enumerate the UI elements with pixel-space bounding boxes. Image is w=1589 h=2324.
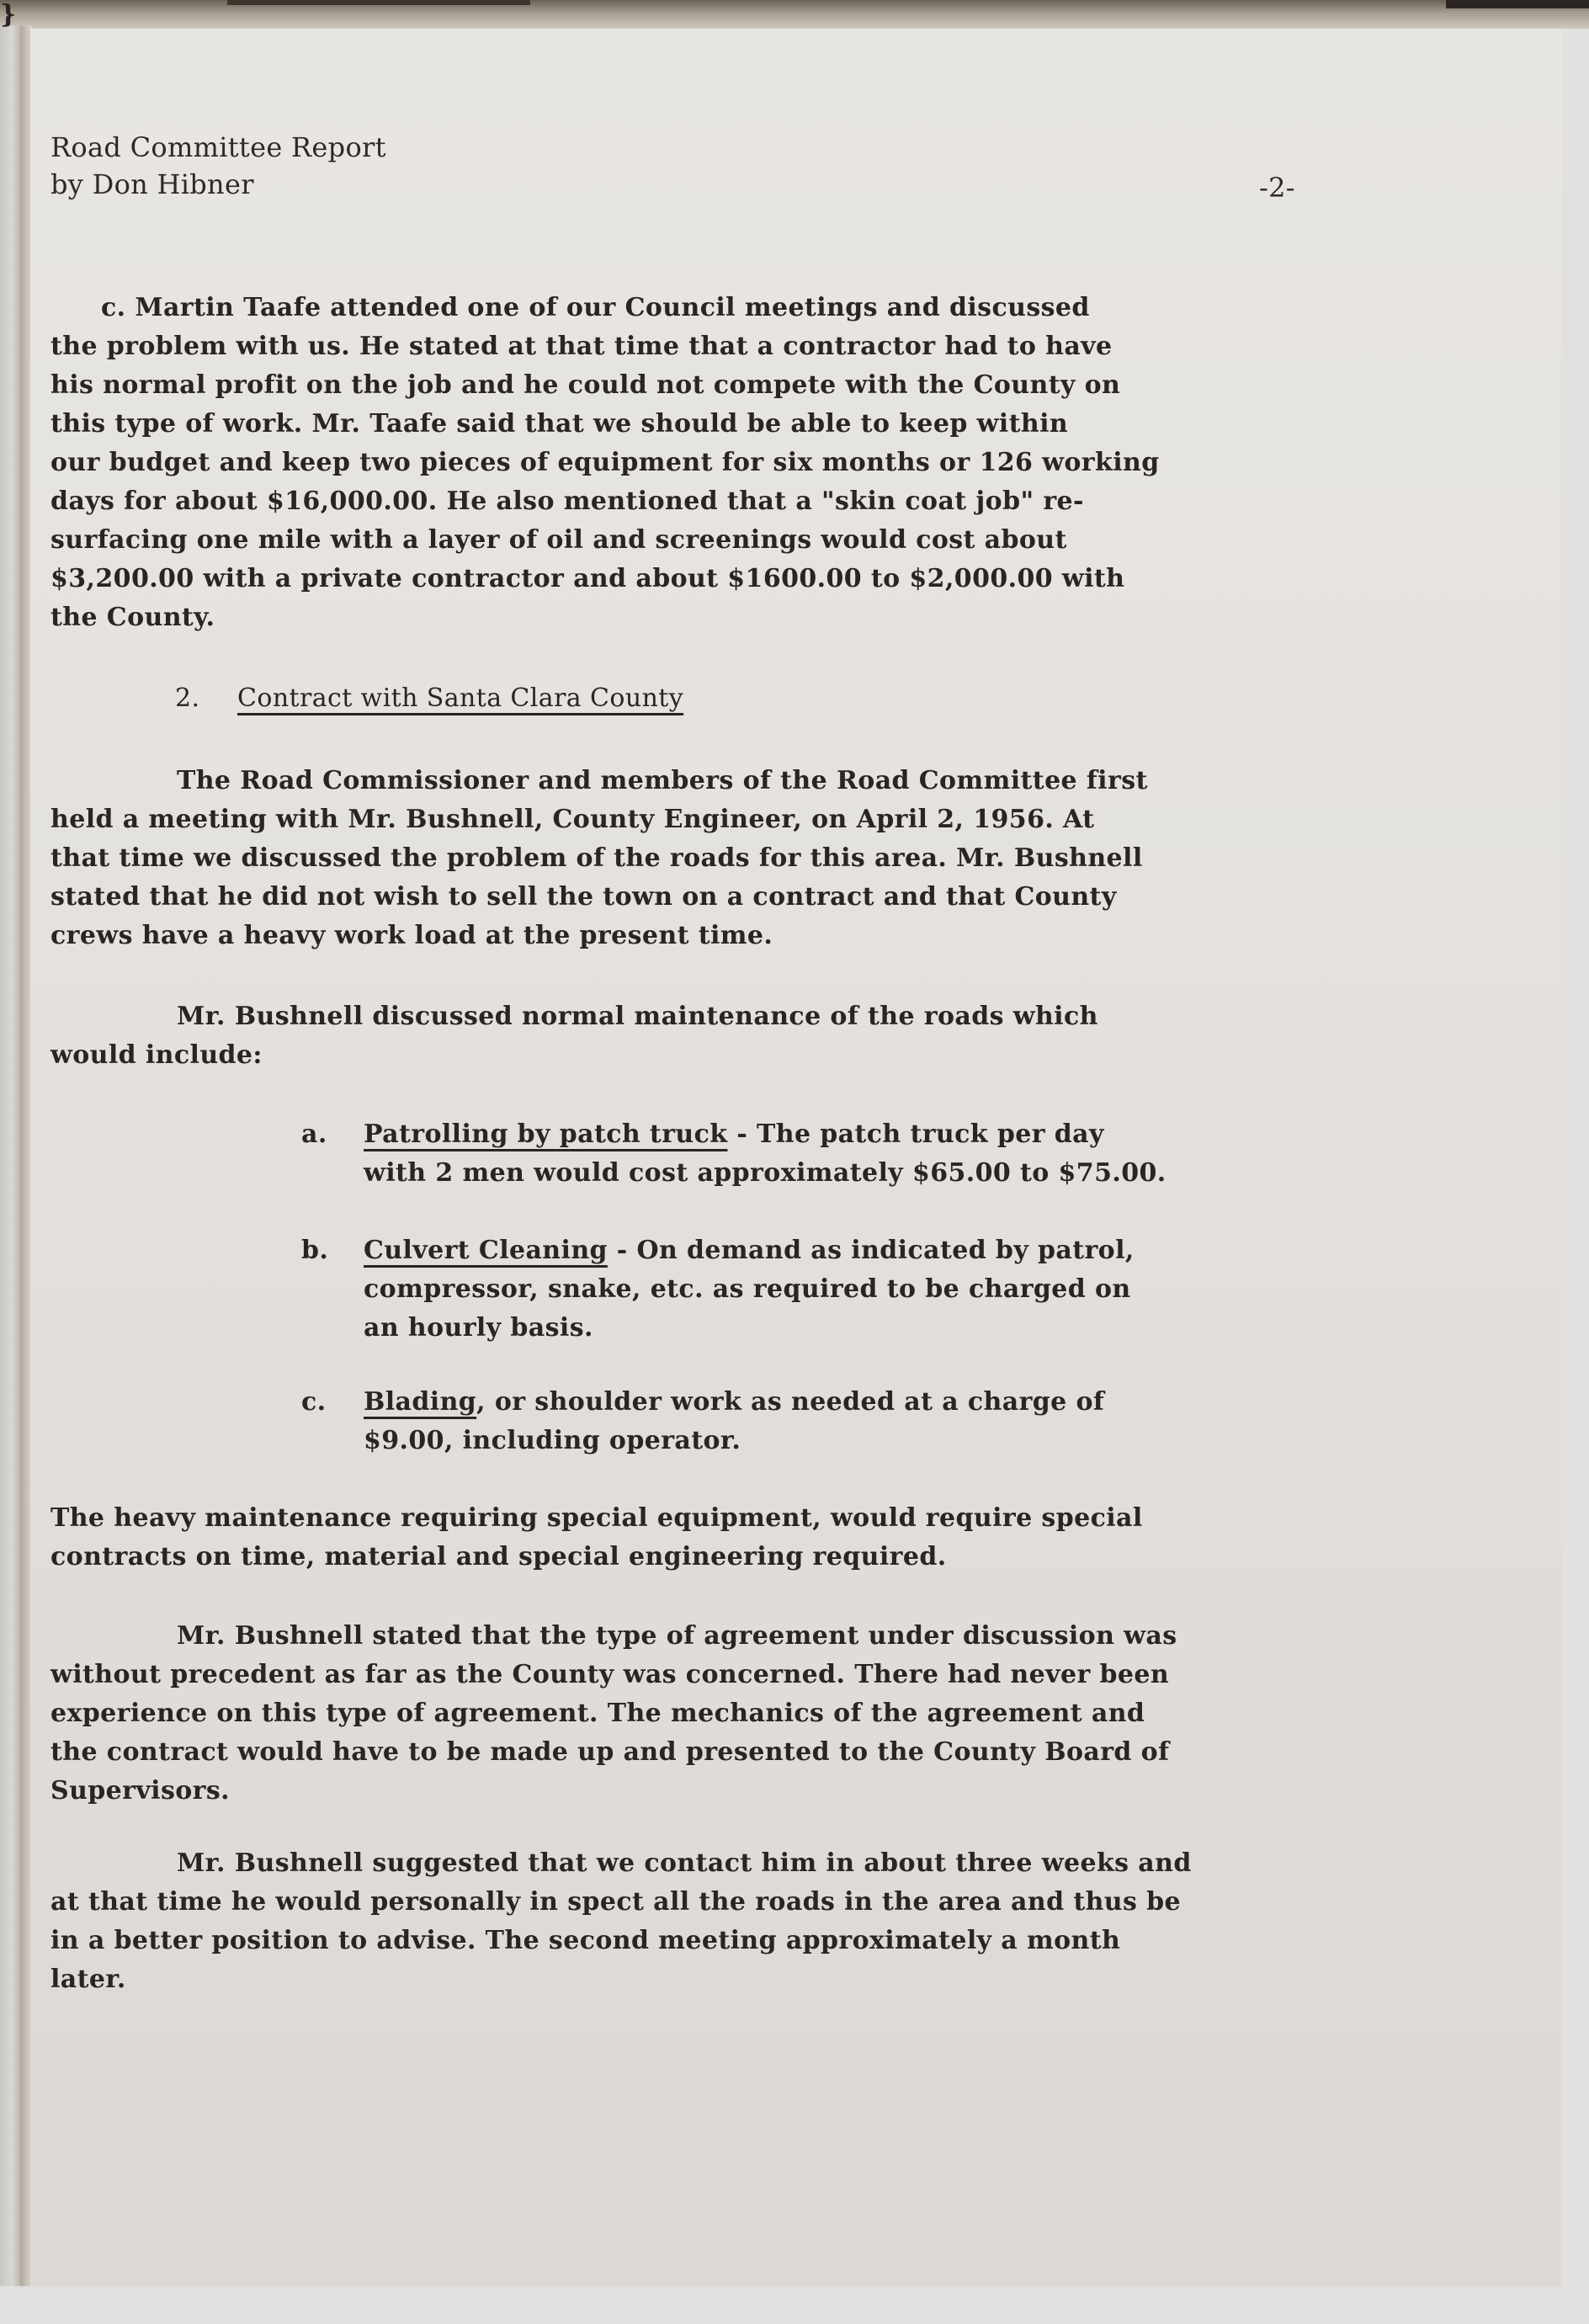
text-line: at that time he would personally in spec…: [50, 1887, 1181, 1917]
text-line: without precedent as far as the County w…: [50, 1660, 1169, 1689]
section-number: 2.: [175, 683, 199, 713]
item-description: , or shoulder work as needed at a charge…: [476, 1387, 1104, 1417]
text-line: with 2 men would cost approximately $65.…: [364, 1158, 1167, 1188]
item-description: - On demand as indicated by patrol,: [608, 1236, 1135, 1265]
first-meeting-paragraph: The Road Commissioner and members of the…: [0, 0, 1589, 29]
text-line: The Road Commissioner and members of the…: [177, 766, 1148, 795]
text-line: Mr. Bushnell discussed normal maintenanc…: [177, 1002, 1098, 1031]
text-line: an hourly basis.: [364, 1313, 593, 1343]
text-line: the problem with us. He stated at that t…: [50, 332, 1113, 361]
item-term: Culvert Cleaning: [364, 1236, 608, 1265]
text-line: Mr. Bushnell suggested that we contact h…: [177, 1848, 1192, 1878]
text-line: contracts on time, material and special …: [50, 1542, 947, 1571]
text-line: Supervisors.: [50, 1776, 230, 1805]
document-text: Road Committee Report by Don Hibner -2- …: [0, 0, 1589, 2324]
item-letter: c.: [301, 1387, 327, 1417]
text-line: would include:: [50, 1040, 263, 1070]
text-line: held a meeting with Mr. Bushnell, County…: [50, 805, 1094, 834]
text-line: surfacing one mile with a layer of oil a…: [50, 525, 1067, 555]
text-line: the County.: [50, 603, 215, 632]
text-line: this type of work. Mr. Taafe said that w…: [50, 409, 1068, 439]
page-number: -2-: [1259, 172, 1295, 204]
text-line: c. Martin Taafe attended one of our Coun…: [101, 293, 1090, 322]
report-title: Road Committee Report: [50, 131, 386, 163]
text-line: his normal profit on the job and he coul…: [50, 370, 1120, 400]
text-line: $3,200.00 with a private contractor and …: [50, 564, 1124, 593]
text-line: later.: [50, 1965, 126, 1994]
text-line: experience on this type of agreement. Th…: [50, 1699, 1145, 1728]
text-line: crews have a heavy work load at the pres…: [50, 921, 773, 950]
text-line: our budget and keep two pieces of equipm…: [50, 448, 1160, 477]
text-line: in a better position to advise. The seco…: [50, 1926, 1120, 1955]
text-line: The heavy maintenance requiring special …: [50, 1503, 1143, 1533]
item-description: - The patch truck per day: [727, 1119, 1103, 1149]
text-line: stated that he did not wish to sell the …: [50, 882, 1117, 912]
item-term: Patrolling by patch truck: [364, 1119, 727, 1149]
text-line: Mr. Bushnell stated that the type of agr…: [177, 1621, 1177, 1651]
text-line: the contract would have to be made up an…: [50, 1737, 1169, 1767]
item-letter: b.: [301, 1236, 328, 1265]
item-term: Blading: [364, 1387, 476, 1417]
text-line: days for about $16,000.00. He also menti…: [50, 487, 1084, 516]
text-line: compressor, snake, etc. as required to b…: [364, 1274, 1131, 1304]
section-heading: Contract with Santa Clara County: [237, 683, 683, 713]
item-letter: a.: [301, 1119, 327, 1149]
text-line: $9.00, including operator.: [364, 1426, 741, 1455]
report-author: by Don Hibner: [50, 168, 254, 200]
text-line: that time we discussed the problem of th…: [50, 843, 1143, 873]
